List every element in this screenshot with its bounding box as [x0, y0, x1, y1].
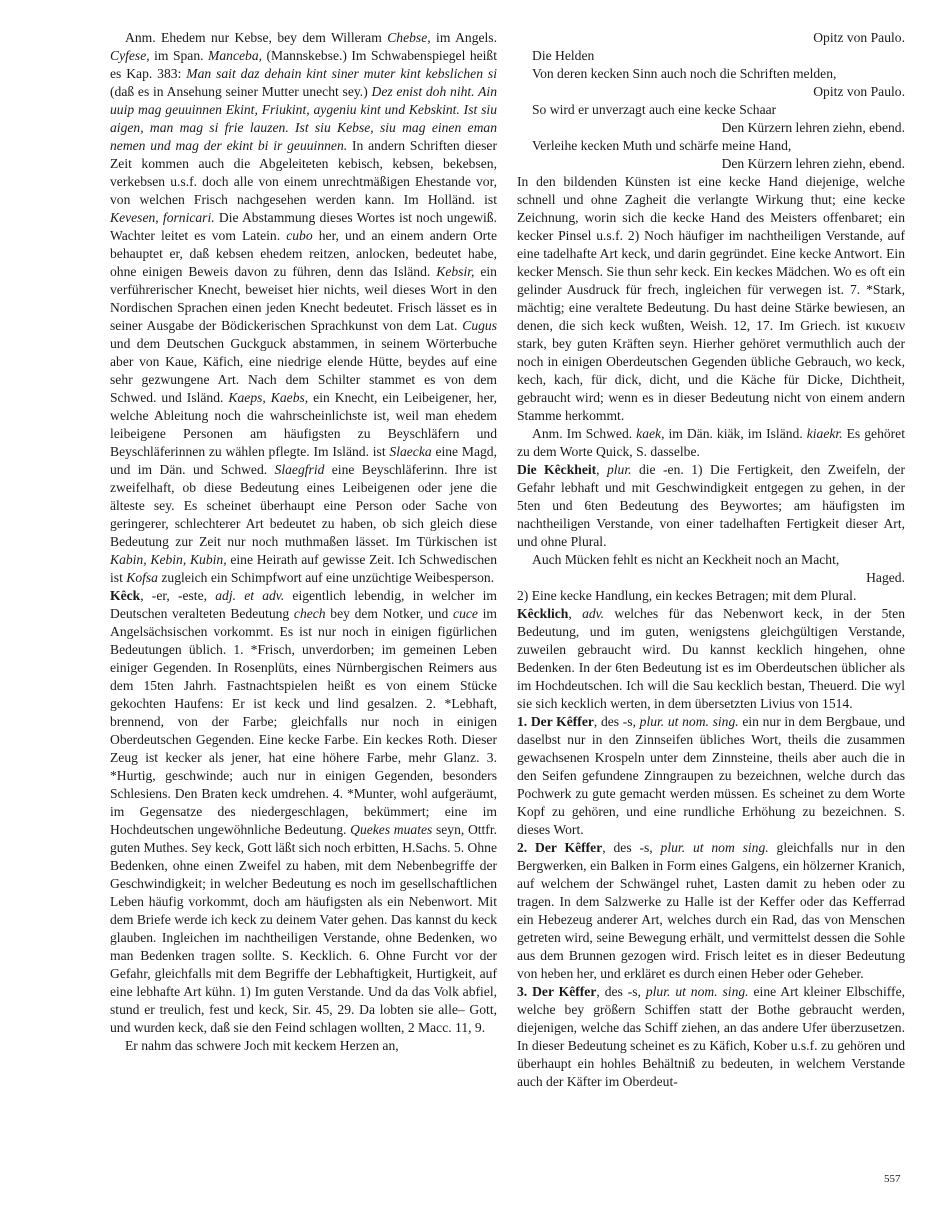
grammar-label: adj. et adv. [215, 588, 284, 603]
text: im Span. [150, 48, 208, 63]
headword: 1. Der Kêffer [517, 714, 594, 729]
source-citation: Opitz von Paulo. [517, 29, 905, 47]
entry-keffer-3: 3. Der Kêffer, des -s, plur. ut nom. sin… [517, 983, 905, 1091]
text: zugleich ein Schimpfwort auf eine unzüch… [158, 570, 494, 585]
text: seyn, Ottfr. guten Muthes. Sey keck, Got… [110, 822, 497, 1035]
italic-term: Cyfese, [110, 48, 150, 63]
entry-keckheit: Die Kêckheit, plur. die -en. 1) Die Fert… [517, 461, 905, 551]
text: welches für das Nebenwort keck, in der 5… [517, 606, 905, 711]
text: Anm. Ehedem nur Kebse, bey dem Willeram [125, 30, 387, 45]
grammar-label: plur. [607, 462, 632, 477]
grammar-label: plur. ut nom. sing. [640, 714, 739, 729]
text: (daß es in Ansehung seiner Mutter unecht… [110, 84, 372, 99]
verse-quote: Die Helden [517, 47, 905, 65]
headword: Die Kêckheit [517, 462, 596, 477]
text: im Angelsächsischen vorkommt. Es ist nur… [110, 606, 497, 837]
headword: 2. Der Kêffer [517, 840, 602, 855]
italic-term: kiaekr. [807, 426, 843, 441]
italic-term: Quekes muates [350, 822, 432, 837]
italic-quote: Man sait daz dehain kint siner muter kin… [186, 66, 497, 81]
italic-term: cubo [286, 228, 312, 243]
text: gleichfalls nur in den Bergwerken, ein B… [517, 840, 905, 981]
source-citation: Haged. [517, 569, 905, 587]
text: , -er, -este, [140, 588, 215, 603]
italic-term: Kabin, Kebin, Kubin, [110, 552, 227, 567]
dictionary-page: Anm. Ehedem nur Kebse, bey dem Willeram … [0, 0, 935, 1210]
verse-quote: So wird er unverzagt auch eine kecke Sch… [517, 101, 905, 119]
text: bey dem Notker, und [326, 606, 453, 621]
paragraph-handlung: 2) Eine kecke Handlung, ein keckes Betra… [517, 587, 905, 605]
page-number: 557 [884, 1173, 901, 1185]
verse-quote: Er nahm das schwere Joch mit keckem Herz… [110, 1037, 497, 1055]
italic-term: cuce [453, 606, 478, 621]
text: ein nur in dem Bergbaue, und daselbst nu… [517, 714, 905, 837]
headword: Kêck [110, 588, 140, 603]
text: , des -s, [602, 840, 660, 855]
italic-term: Kevesen, fornicari. [110, 210, 215, 225]
entry-keffer-1: 1. Der Kêffer, des -s, plur. ut nom. sin… [517, 713, 905, 839]
annotation-keck: Anm. Im Schwed. kaek, im Dän. kiäk, im I… [517, 425, 905, 461]
text: im Dän. kiäk, im Isländ. [664, 426, 806, 441]
entry-keffer-2: 2. Der Kêffer, des -s, plur. ut nom sing… [517, 839, 905, 983]
text: im Angels. [431, 30, 497, 45]
grammar-label: plur. ut nom. sing. [646, 984, 749, 999]
source-citation: Opitz von Paulo. [517, 83, 905, 101]
left-column: Anm. Ehedem nur Kebse, bey dem Willeram … [110, 29, 497, 1055]
entry-kecklich: Kêcklich, adv. welches für das Nebenwort… [517, 605, 905, 713]
italic-term: Kebsir, [436, 264, 474, 279]
italic-term: Slaecka [389, 444, 431, 459]
italic-term: Slaegfrid [275, 462, 325, 477]
text: , des -s, [594, 714, 640, 729]
right-column: Opitz von Paulo. Die Helden Von deren ke… [517, 29, 905, 1091]
verse-quote: Auch Mücken fehlt es nicht an Keckheit n… [517, 551, 905, 569]
italic-term: kaek, [636, 426, 664, 441]
italic-term: Chebse, [387, 30, 430, 45]
text: eine Art kleiner Elbschiffe, welche bey … [517, 984, 905, 1089]
headword: 3. Der Kêffer [517, 984, 596, 999]
italic-term: Kofsa [126, 570, 158, 585]
headword: Kêcklich [517, 606, 568, 621]
italic-term: Kaeps, Kaebs, [228, 390, 308, 405]
entry-keck: Kêck, -er, -este, adj. et adv. eigentlic… [110, 587, 497, 1037]
verse-quote: Von deren kecken Sinn auch noch die Schr… [517, 65, 905, 83]
paragraph-bildende-kuenste: In den bildenden Künsten ist eine kecke … [517, 173, 905, 425]
grammar-label: adv. [582, 606, 604, 621]
source-citation: Den Kürzern lehren ziehn, ebend. [517, 119, 905, 137]
italic-term: Manceba, [208, 48, 262, 63]
text: , [568, 606, 582, 621]
verse-quote: Verleihe kecken Muth und schärfe meine H… [517, 137, 905, 155]
grammar-label: plur. ut nom sing. [661, 840, 769, 855]
text: Anm. Im Schwed. [532, 426, 636, 441]
text: , [596, 462, 607, 477]
italic-term: Cugus [462, 318, 497, 333]
source-citation: Den Kürzern lehren ziehn, ebend. [517, 155, 905, 173]
italic-term: chech [294, 606, 326, 621]
annotation-kebse: Anm. Ehedem nur Kebse, bey dem Willeram … [110, 29, 497, 587]
text: , des -s, [596, 984, 645, 999]
